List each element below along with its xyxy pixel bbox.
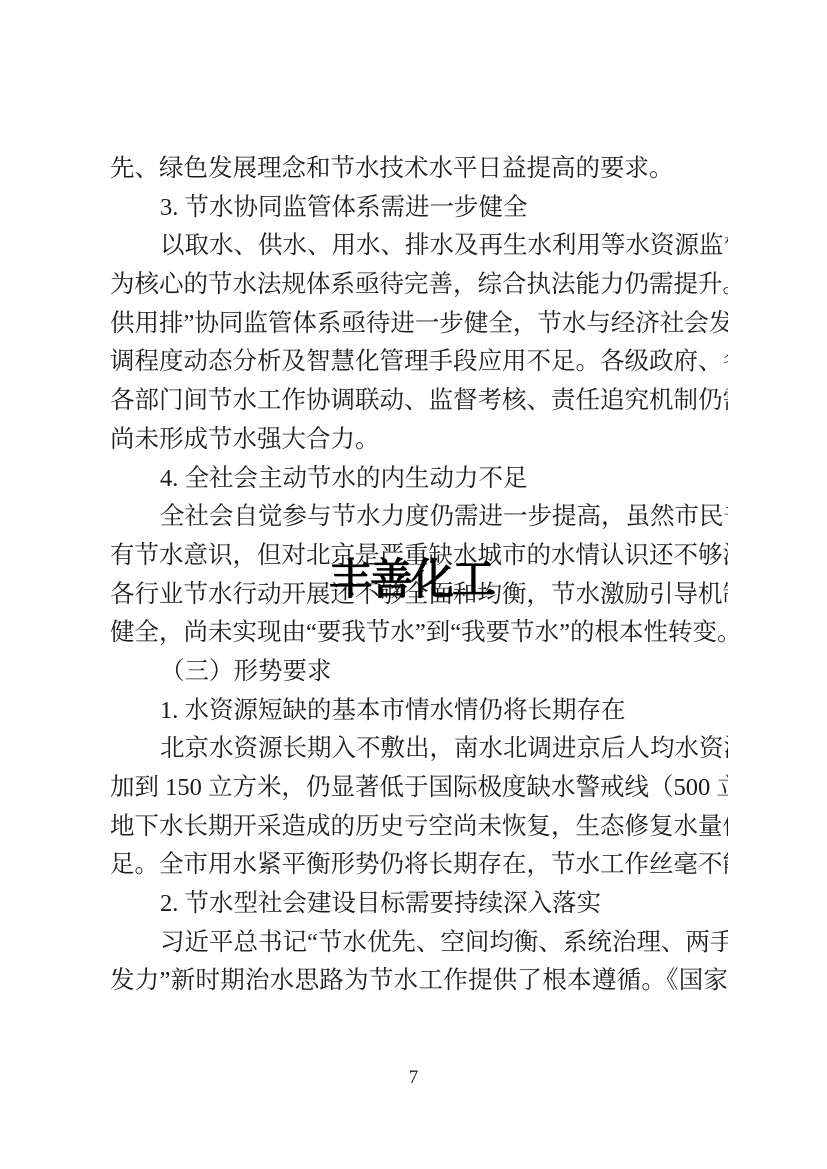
text-line: 供用排”协同监管体系亟待进一步健全，节水与经济社会发展协 <box>110 305 728 344</box>
text-line: 1. 水资源短缺的基本市情水情仍将长期存在 <box>110 692 728 731</box>
document-page: 先、绿色发展理念和节水技术水平日益提高的要求。3. 节水协同监管体系需进一步健全… <box>0 0 827 1169</box>
text-line: 2. 节水型社会建设目标需要持续深入落实 <box>110 885 728 924</box>
text-line: 健全，尚未实现由“要我节水”到“我要节水”的根本性转变。 <box>110 614 728 653</box>
text-line: 各部门间节水工作协调联动、监督考核、责任追究机制仍需完善， <box>110 382 728 421</box>
text-line: 尚未形成节水强大合力。 <box>110 421 728 460</box>
page-number: 7 <box>0 1066 827 1090</box>
text-line: 调程度动态分析及智慧化管理手段应用不足。各级政府、各行业、 <box>110 343 728 382</box>
text-line: 北京水资源长期入不敷出，南水北调进京后人均水资源量增 <box>110 730 728 769</box>
text-line: 发力”新时期治水思路为节水工作提供了根本遵循。《国家 <box>110 962 728 1001</box>
text-line: 3. 节水协同监管体系需进一步健全 <box>110 189 728 228</box>
text-line: 以取水、供水、用水、排水及再生水利用等水资源监督管理 <box>110 227 728 266</box>
text-line: 全社会自觉参与节水力度仍需进一步提高，虽然市民普遍具 <box>110 498 728 537</box>
watermark: 丰善化工 <box>329 559 499 602</box>
text-line: 加到 150 立方米，仍显著低于国际极度缺水警戒线（500 立方米）， <box>110 769 728 808</box>
text-line: 为核心的节水法规体系亟待完善，综合执法能力仍需提升。“取 <box>110 266 728 305</box>
text-line: 先、绿色发展理念和节水技术水平日益提高的要求。 <box>110 150 728 189</box>
text-line: 足。全市用水紧平衡形势仍将长期存在，节水工作丝毫不能放松。 <box>110 846 728 885</box>
text-line: 地下水长期开采造成的历史亏空尚未恢复，生态修复水量仍然不 <box>110 808 728 847</box>
text-line: 习近平总书记“节水优先、空间均衡、系统治理、两手 <box>110 924 728 963</box>
text-line: （三）形势要求 <box>110 653 728 692</box>
text-line: 4. 全社会主动节水的内生动力不足 <box>110 460 728 499</box>
